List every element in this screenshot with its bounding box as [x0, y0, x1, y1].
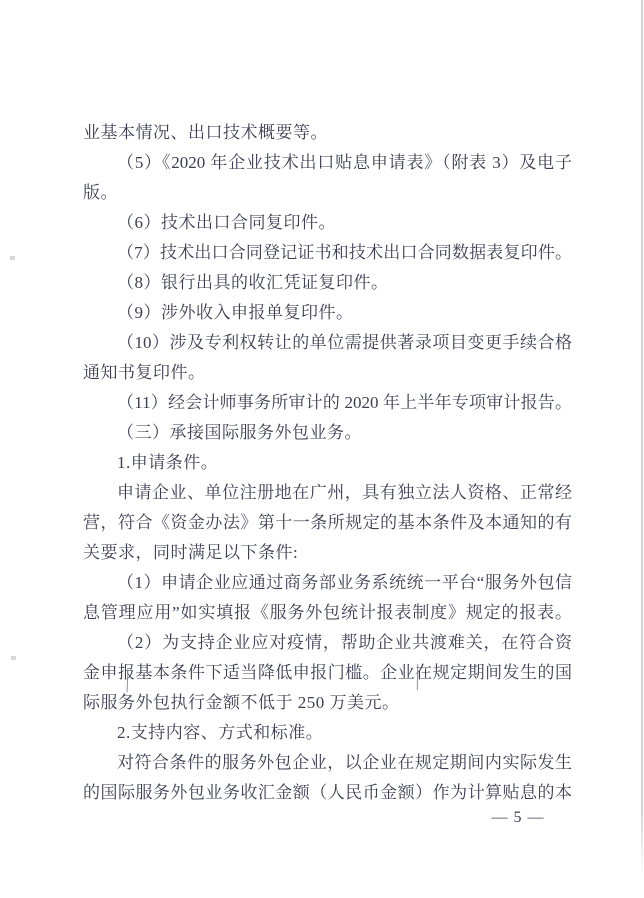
text-line: （10）涉及专利权转让的单位需提供著录项目变更手续合格 — [83, 328, 572, 358]
text-line: （6）技术出口合同复印件。 — [83, 208, 572, 238]
document-body: 业基本情况、出口技术概要等。（5）《2020 年企业技术出口贴息申请表》（附表 … — [83, 118, 572, 808]
text-line: 际服务外包执行金额不低于 250 万美元。 — [83, 688, 572, 718]
scan-speck-artifact — [11, 656, 16, 660]
text-line: （三）承接国际服务外包业务。 — [83, 418, 572, 448]
text-line: （5）《2020 年企业技术出口贴息申请表》（附表 3）及电子 — [83, 148, 572, 178]
text-line: 申请企业、单位注册地在广州，具有独立法人资格、正常经 — [83, 478, 572, 508]
text-line: 对符合条件的服务外包企业，以企业在规定期间内实际发生 — [83, 748, 572, 778]
text-line: 2.支持内容、方式和标准。 — [83, 718, 572, 748]
text-line: 版。 — [83, 178, 572, 208]
document-page: 业基本情况、出口技术概要等。（5）《2020 年企业技术出口贴息申请表》（附表 … — [0, 0, 644, 898]
text-line: （9）涉外收入申报单复印件。 — [83, 298, 572, 328]
scan-edge-line-artifact — [641, 0, 643, 878]
text-line: （7）技术出口合同登记证书和技术出口合同数据表复印件。 — [83, 238, 572, 268]
text-line: （11）经会计师事务所审计的 2020 年上半年专项审计报告。 — [83, 388, 572, 418]
text-line: 关要求，同时满足以下条件: — [83, 538, 572, 568]
text-line: 金申报基本条件下适当降低申报门槛。企业在规定期间发生的国 — [83, 658, 572, 688]
text-line: 1.申请条件。 — [83, 448, 572, 478]
text-line: （2）为支持企业应对疫情，帮助企业共渡难关，在符合资 — [83, 628, 572, 658]
text-line: （8）银行出具的收汇凭证复印件。 — [83, 268, 572, 298]
page-number: — 5 — — [488, 804, 548, 832]
text-line: 通知书复印件。 — [83, 358, 572, 388]
text-line: 息管理应用”如实填报《服务外包统计报表制度》规定的报表。 — [83, 598, 572, 628]
scan-speck-artifact — [10, 256, 15, 260]
text-line: 营，符合《资金办法》第十一条所规定的基本条件及本通知的有 — [83, 508, 572, 538]
text-line: （1）申请企业应通过商务部业务系统统一平台“服务外包信 — [83, 568, 572, 598]
text-line: 业基本情况、出口技术概要等。 — [83, 118, 572, 148]
